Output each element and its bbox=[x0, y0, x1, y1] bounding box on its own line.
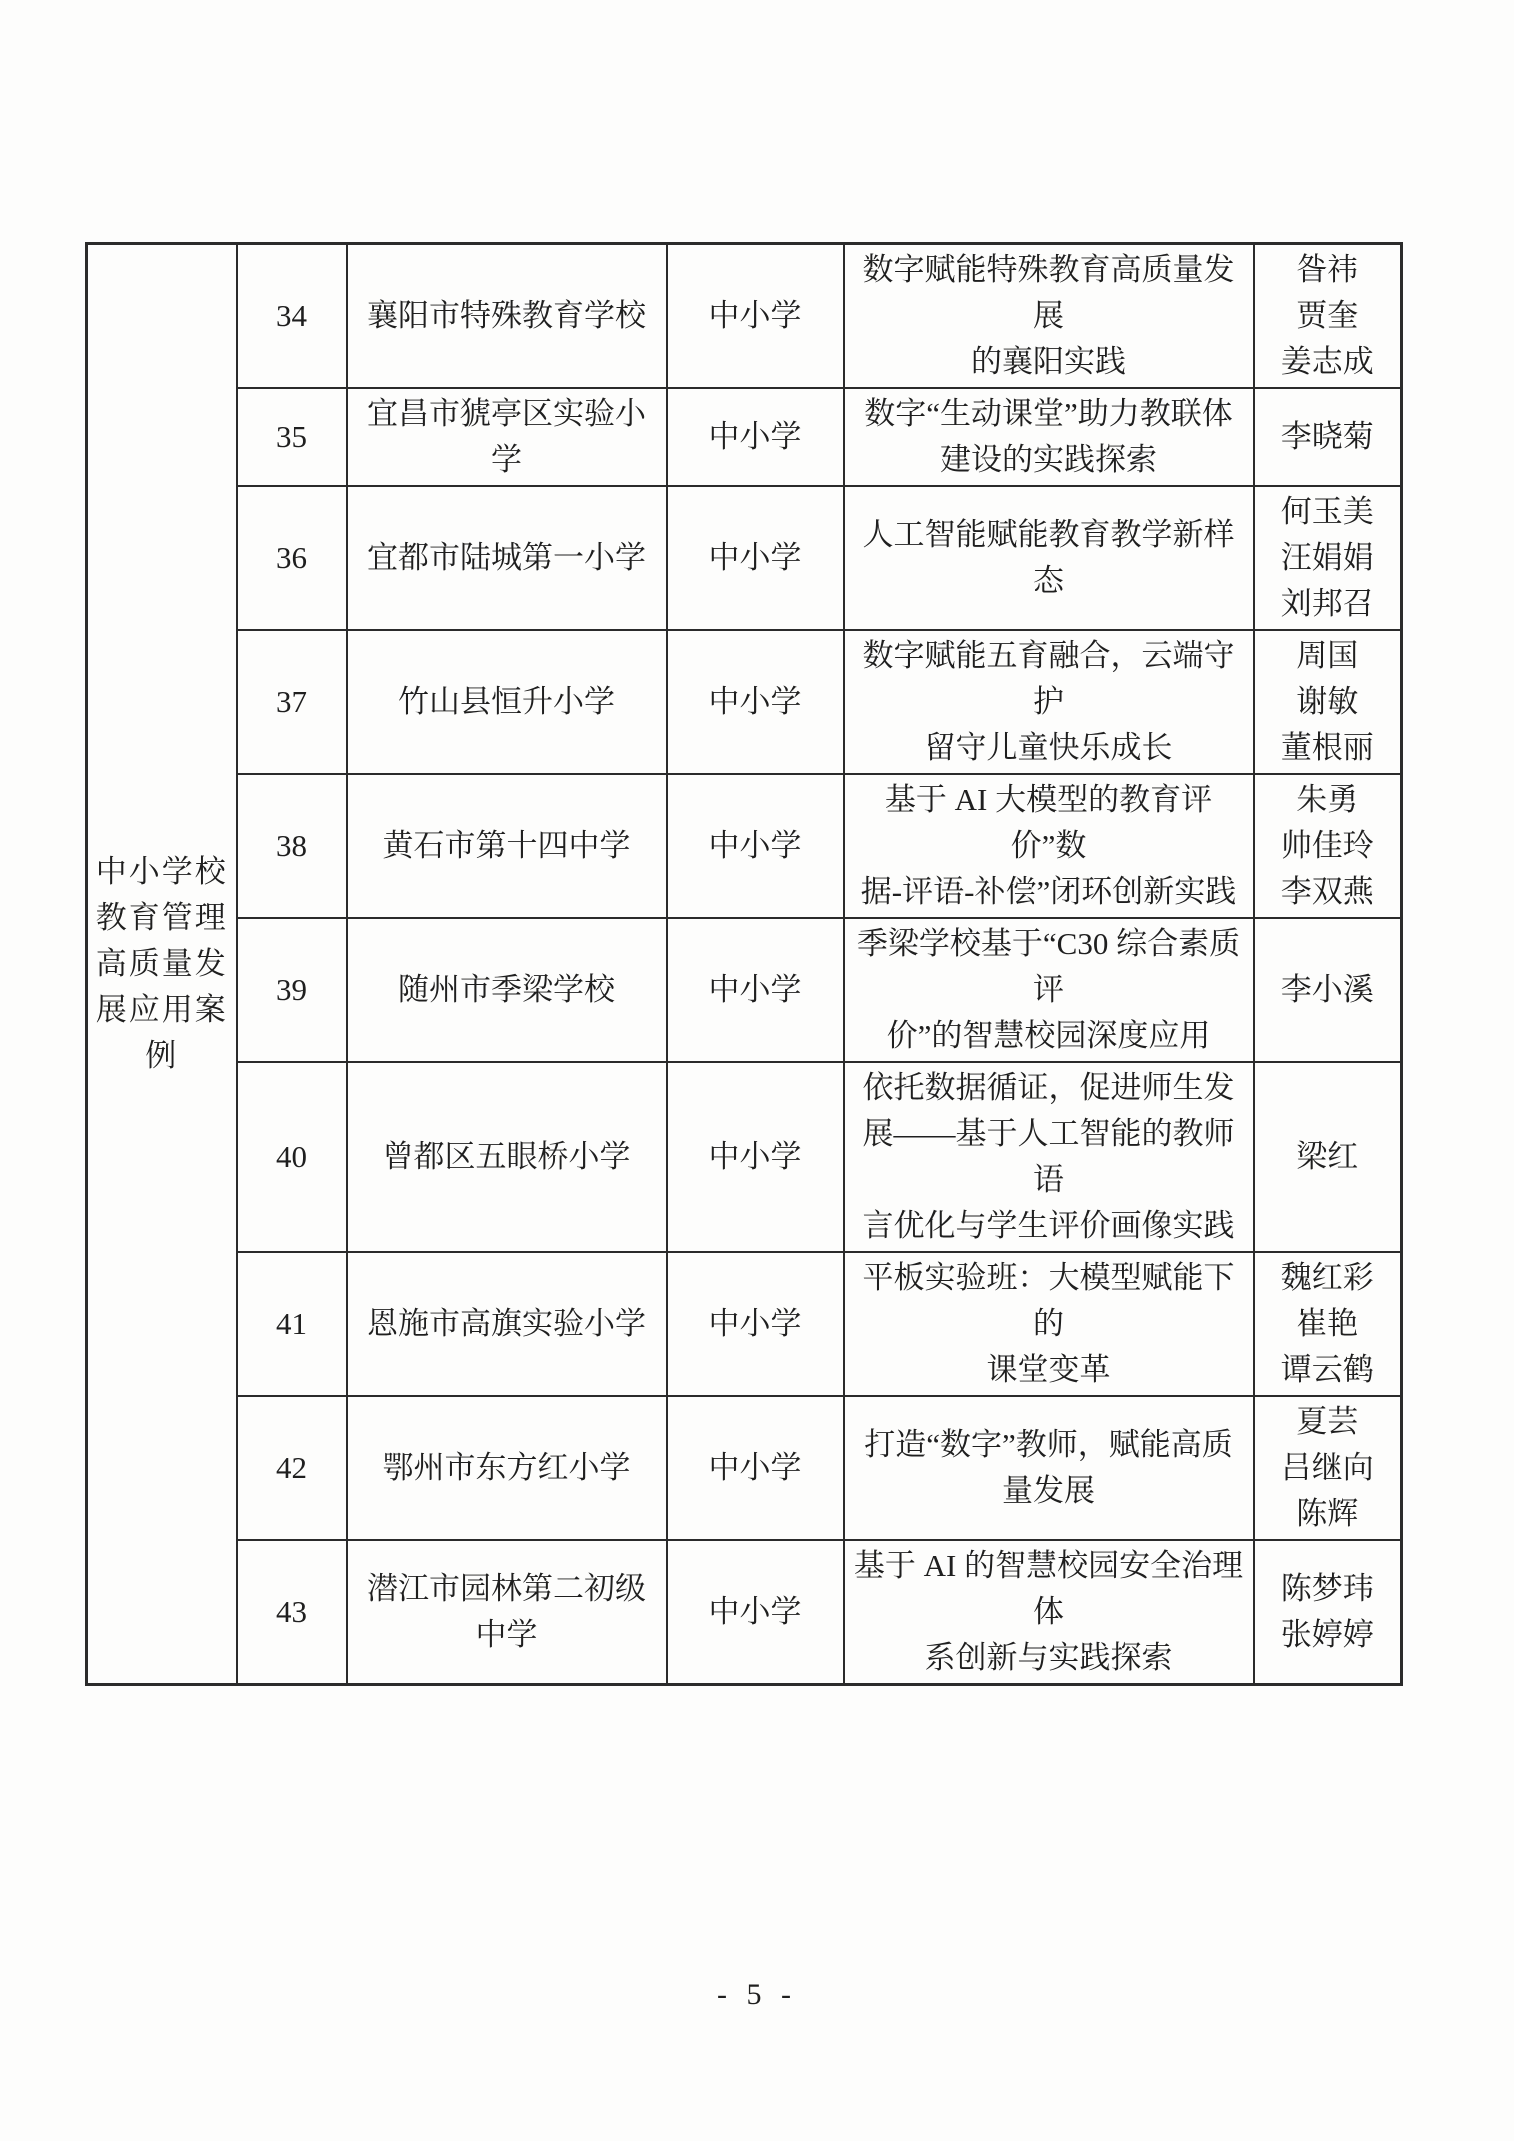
no-cell: 35 bbox=[237, 388, 347, 486]
title-cell: 数字赋能特殊教育高质量发展 的襄阳实践 bbox=[844, 244, 1254, 389]
level-cell: 中小学 bbox=[667, 1396, 844, 1540]
no-cell: 41 bbox=[237, 1252, 347, 1396]
table-row: 38 黄石市第十四中学 中小学 基于 AI 大模型的教育评价”数 据-评语-补偿… bbox=[87, 774, 1402, 918]
level-cell: 中小学 bbox=[667, 1062, 844, 1252]
title-cell: 数字“生动课堂”助力教联体 建设的实践探索 bbox=[844, 388, 1254, 486]
authors-cell: 夏芸 吕继向 陈辉 bbox=[1254, 1396, 1402, 1540]
table-row: 40 曾都区五眼桥小学 中小学 依托数据循证，促进师生发 展——基于人工智能的教… bbox=[87, 1062, 1402, 1252]
school-cell: 竹山县恒升小学 bbox=[347, 630, 667, 774]
no-cell: 37 bbox=[237, 630, 347, 774]
no-cell: 42 bbox=[237, 1396, 347, 1540]
no-cell: 36 bbox=[237, 486, 347, 630]
level-cell: 中小学 bbox=[667, 1252, 844, 1396]
title-cell: 打造“数字”教师，赋能高质 量发展 bbox=[844, 1396, 1254, 1540]
table-row: 39 随州市季梁学校 中小学 季梁学校基于“C30 综合素质评 价”的智慧校园深… bbox=[87, 918, 1402, 1062]
table-row: 36 宜都市陆城第一小学 中小学 人工智能赋能教育教学新样态 何玉美 汪娟娟 刘… bbox=[87, 486, 1402, 630]
level-cell: 中小学 bbox=[667, 1540, 844, 1685]
school-cell: 鄂州市东方红小学 bbox=[347, 1396, 667, 1540]
school-cell: 恩施市高旗实验小学 bbox=[347, 1252, 667, 1396]
school-cell: 随州市季梁学校 bbox=[347, 918, 667, 1062]
school-cell: 潜江市园林第二初级中学 bbox=[347, 1540, 667, 1685]
category-cell: 中小学校 教育管理 高质量发 展应用案 例 bbox=[87, 244, 237, 1685]
table-row: 中小学校 教育管理 高质量发 展应用案 例 34 襄阳市特殊教育学校 中小学 数… bbox=[87, 244, 1402, 389]
title-cell: 季梁学校基于“C30 综合素质评 价”的智慧校园深度应用 bbox=[844, 918, 1254, 1062]
award-case-table: 中小学校 教育管理 高质量发 展应用案 例 34 襄阳市特殊教育学校 中小学 数… bbox=[85, 242, 1403, 1686]
title-cell: 人工智能赋能教育教学新样态 bbox=[844, 486, 1254, 630]
level-cell: 中小学 bbox=[667, 774, 844, 918]
level-cell: 中小学 bbox=[667, 630, 844, 774]
school-cell: 宜昌市猇亭区实验小学 bbox=[347, 388, 667, 486]
authors-cell: 朱勇 帅佳玲 李双燕 bbox=[1254, 774, 1402, 918]
school-cell: 曾都区五眼桥小学 bbox=[347, 1062, 667, 1252]
school-cell: 黄石市第十四中学 bbox=[347, 774, 667, 918]
title-cell: 平板实验班：大模型赋能下的 课堂变革 bbox=[844, 1252, 1254, 1396]
scanned-document-page: 中小学校 教育管理 高质量发 展应用案 例 34 襄阳市特殊教育学校 中小学 数… bbox=[0, 0, 1514, 2141]
title-cell: 基于 AI 的智慧校园安全治理体 系创新与实践探索 bbox=[844, 1540, 1254, 1685]
no-cell: 39 bbox=[237, 918, 347, 1062]
school-cell: 宜都市陆城第一小学 bbox=[347, 486, 667, 630]
table-row: 35 宜昌市猇亭区实验小学 中小学 数字“生动课堂”助力教联体 建设的实践探索 … bbox=[87, 388, 1402, 486]
title-cell: 依托数据循证，促进师生发 展——基于人工智能的教师语 言优化与学生评价画像实践 bbox=[844, 1062, 1254, 1252]
level-cell: 中小学 bbox=[667, 486, 844, 630]
authors-cell: 陈梦玮 张婷婷 bbox=[1254, 1540, 1402, 1685]
level-cell: 中小学 bbox=[667, 244, 844, 389]
page-number: - 5 - bbox=[0, 1978, 1514, 2012]
level-cell: 中小学 bbox=[667, 388, 844, 486]
title-cell: 基于 AI 大模型的教育评价”数 据-评语-补偿”闭环创新实践 bbox=[844, 774, 1254, 918]
authors-cell: 梁红 bbox=[1254, 1062, 1402, 1252]
table-row: 43 潜江市园林第二初级中学 中小学 基于 AI 的智慧校园安全治理体 系创新与… bbox=[87, 1540, 1402, 1685]
authors-cell: 昝祎 贾奎 姜志成 bbox=[1254, 244, 1402, 389]
school-cell: 襄阳市特殊教育学校 bbox=[347, 244, 667, 389]
table-row: 37 竹山县恒升小学 中小学 数字赋能五育融合，云端守护 留守儿童快乐成长 周国… bbox=[87, 630, 1402, 774]
table-row: 42 鄂州市东方红小学 中小学 打造“数字”教师，赋能高质 量发展 夏芸 吕继向… bbox=[87, 1396, 1402, 1540]
authors-cell: 何玉美 汪娟娟 刘邦召 bbox=[1254, 486, 1402, 630]
authors-cell: 李小溪 bbox=[1254, 918, 1402, 1062]
no-cell: 40 bbox=[237, 1062, 347, 1252]
table-row: 41 恩施市高旗实验小学 中小学 平板实验班：大模型赋能下的 课堂变革 魏红彩 … bbox=[87, 1252, 1402, 1396]
no-cell: 43 bbox=[237, 1540, 347, 1685]
authors-cell: 周国 谢敏 董根丽 bbox=[1254, 630, 1402, 774]
level-cell: 中小学 bbox=[667, 918, 844, 1062]
title-cell: 数字赋能五育融合，云端守护 留守儿童快乐成长 bbox=[844, 630, 1254, 774]
no-cell: 38 bbox=[237, 774, 347, 918]
authors-cell: 魏红彩 崔艳 谭云鹤 bbox=[1254, 1252, 1402, 1396]
authors-cell: 李晓菊 bbox=[1254, 388, 1402, 486]
no-cell: 34 bbox=[237, 244, 347, 389]
